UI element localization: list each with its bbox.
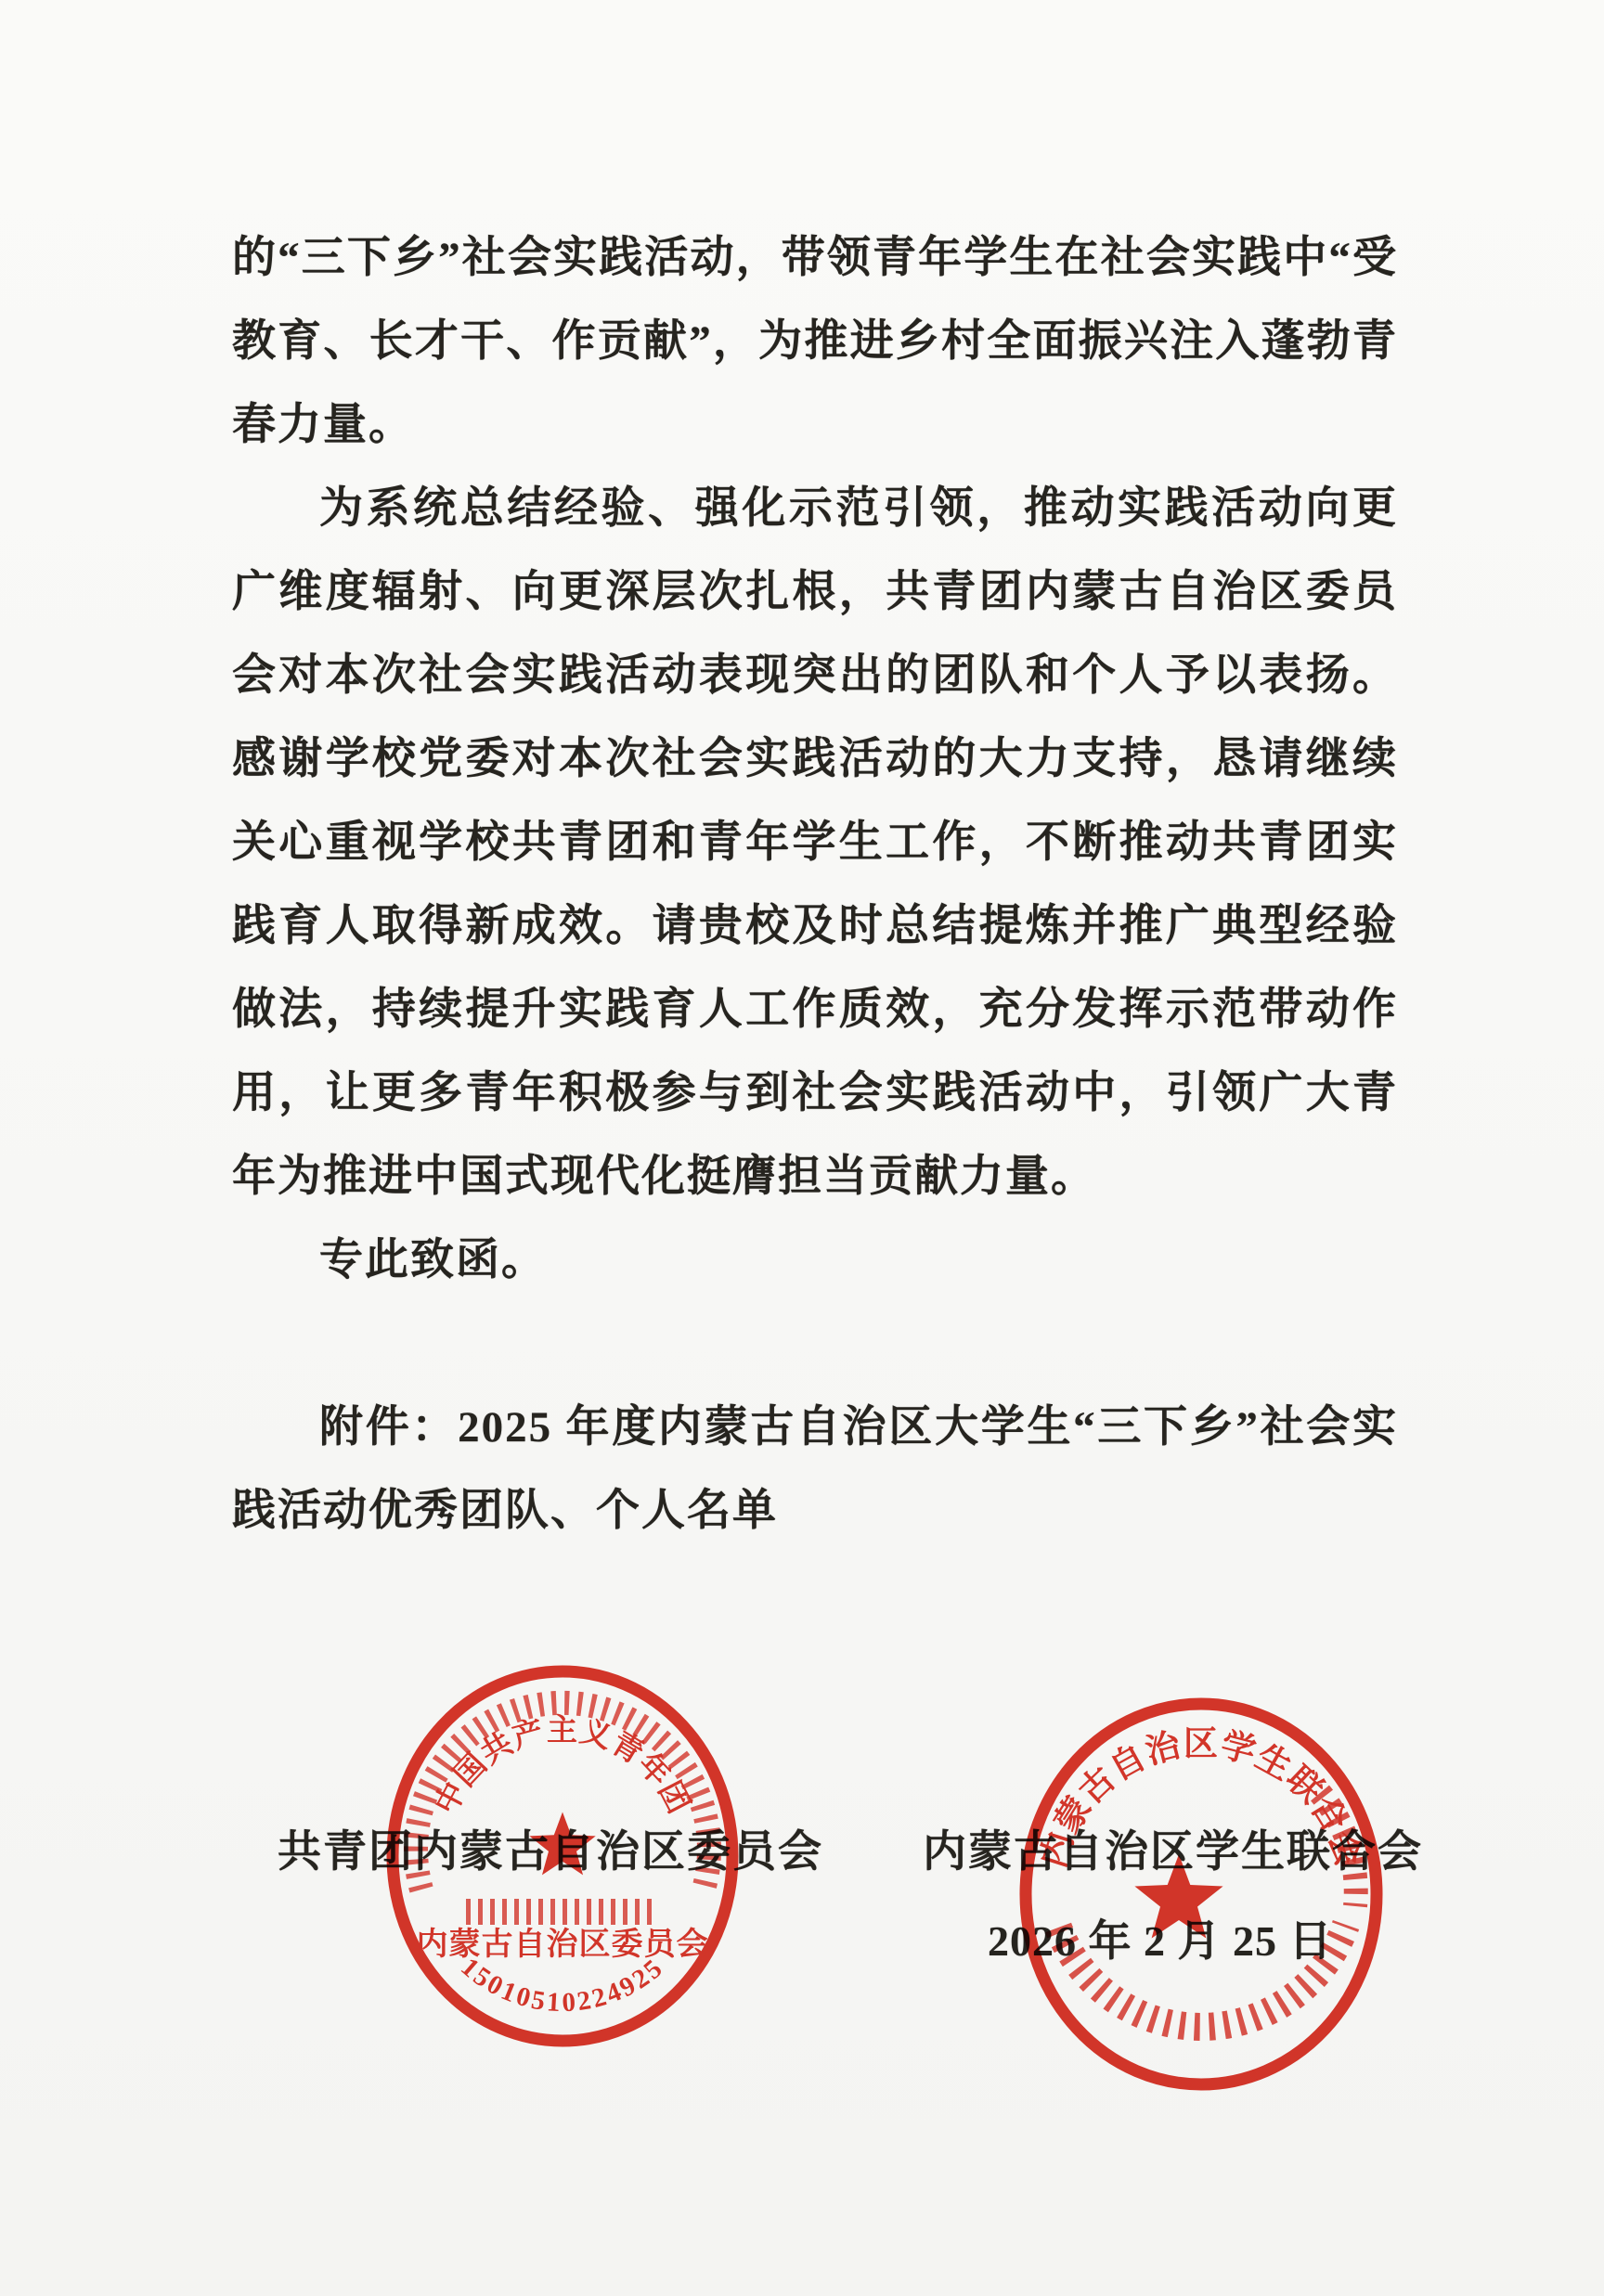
svg-text:15010510224925: 15010510224925 (455, 1953, 669, 2019)
letter-body: 的“三下乡”社会实践活动，带领青年学生在社会实践中“受教育、长才干、作贡献”，为… (232, 216, 1398, 1553)
seal-youth-league-stamp: 中国共产主义青年团 内蒙古自治区委员会 15010510224925 (381, 1659, 744, 2053)
paragraph-continued: 的“三下乡”社会实践活动，带领青年学生在社会实践中“受教育、长才干、作贡献”，为… (232, 216, 1398, 467)
seal-right-graphic: 内蒙古自治区学生联合会 (1014, 1691, 1389, 2097)
paragraph-commendation: 为系统总结经验、强化示范引领，推动实践活动向更广维度辐射、向更深层次扎根，共青团… (232, 467, 1398, 1219)
mongolian-script-arc (1058, 1925, 1346, 2027)
star-icon (529, 1812, 595, 1876)
seal-student-federation-stamp: 内蒙古自治区学生联合会 (1014, 1691, 1389, 2097)
seal-left-graphic: 中国共产主义青年团 内蒙古自治区委员会 15010510224925 (381, 1659, 744, 2053)
paragraph-closing: 专此致函。 (232, 1219, 1398, 1302)
letter-page: 的“三下乡”社会实践活动，带领青年学生在社会实践中“受教育、长才干、作贡献”，为… (0, 0, 1604, 2296)
star-icon (1134, 1854, 1222, 1939)
seal-left-code: 15010510224925 (455, 1953, 669, 2019)
seal-left-band-text: 内蒙古自治区委员会 (417, 1927, 709, 1962)
paragraph-attachment: 附件：2025 年度内蒙古自治区大学生“三下乡”社会实践活动优秀团队、个人名单 (232, 1386, 1398, 1553)
